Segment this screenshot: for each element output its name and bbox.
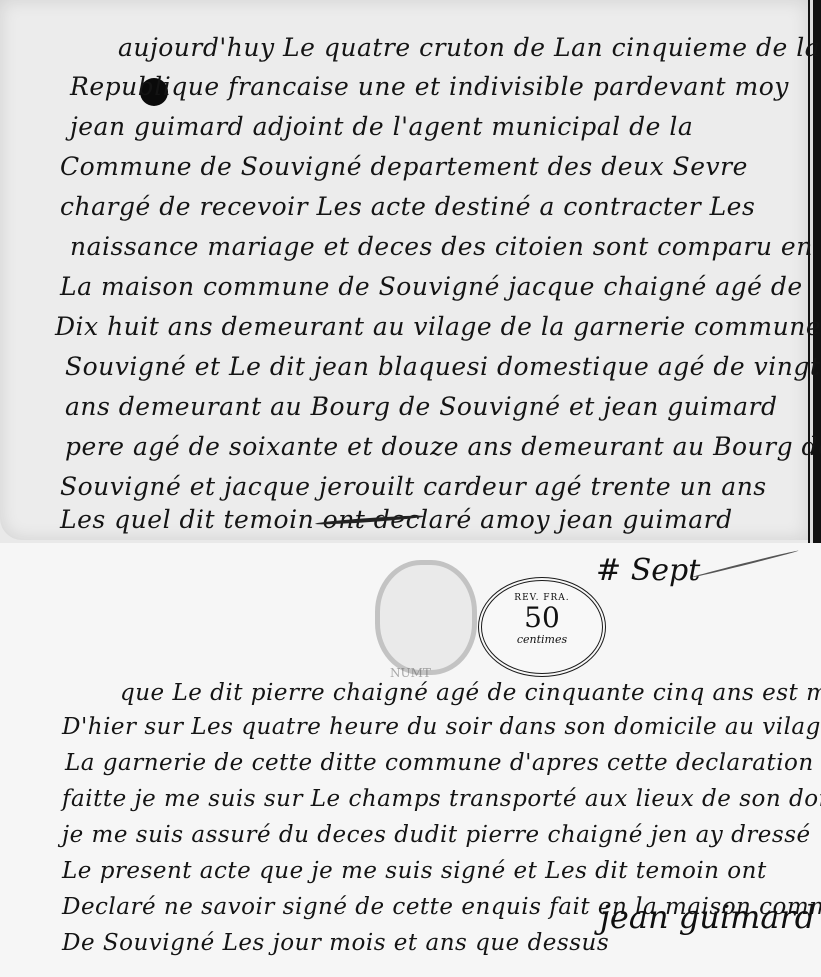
manuscript-line: La maison commune de Souvigné jacque cha… [60,272,803,301]
manuscript-line: D'hier sur Les quatre heure du soir dans… [62,714,821,740]
manuscript-line: Souvigné et jacque jerouilt cardeur agé … [60,472,767,501]
scan-edge-highlight [810,0,813,543]
manuscript-line: chargé de recevoir Les acte destiné a co… [60,192,755,221]
manuscript-line: Le present acte que je me suis signé et … [62,858,767,884]
stamp-unit: centimes [482,633,602,646]
manuscript-line: faitte je me suis sur Le champs transpor… [62,786,821,812]
stamp-value: 50 [482,603,602,633]
manuscript-line: Republique francaise une et indivisible … [70,72,789,101]
manuscript-line: que Le dit pierre chaigné agé de cinquan… [120,680,821,706]
hash-mark-icon: # [596,553,621,588]
manuscript-page-top: aujourd'huy Le quatre cruton de Lan cinq… [0,0,821,543]
manuscript-line: jean guimard adjoint de l'agent municipa… [70,112,693,141]
manuscript-line: Souvigné et Le dit jean blaquesi domesti… [65,352,820,381]
manuscript-line: Dix huit ans demeurant au vilage de la g… [55,312,821,341]
manuscript-line: je me suis assuré du deces dudit pierre … [62,822,811,848]
signature: jean guimard [600,898,815,936]
manuscript-line: De Souvigné Les jour mois et ans que des… [62,930,609,956]
marginal-note: # Sept [596,553,700,588]
manuscript-line: naissance mariage et deces des citoien s… [70,232,813,261]
manuscript-line: Commune de Souvigné departement des deux… [60,152,748,181]
faded-seal-stamp: NUMT [375,560,477,675]
manuscript-line: aujourd'huy Le quatre cruton de Lan cinq… [118,33,820,62]
manuscript-line: La garnerie de cette ditte commune d'apr… [65,750,814,776]
marginal-note-text: Sept [631,553,701,588]
manuscript-line: pere agé de soixante et douze ans demeur… [65,432,821,461]
tax-stamp-50-centimes: REV. FRA. 50 centimes [478,577,606,677]
manuscript-line: ans demeurant au Bourg de Souvigné et je… [65,392,777,421]
